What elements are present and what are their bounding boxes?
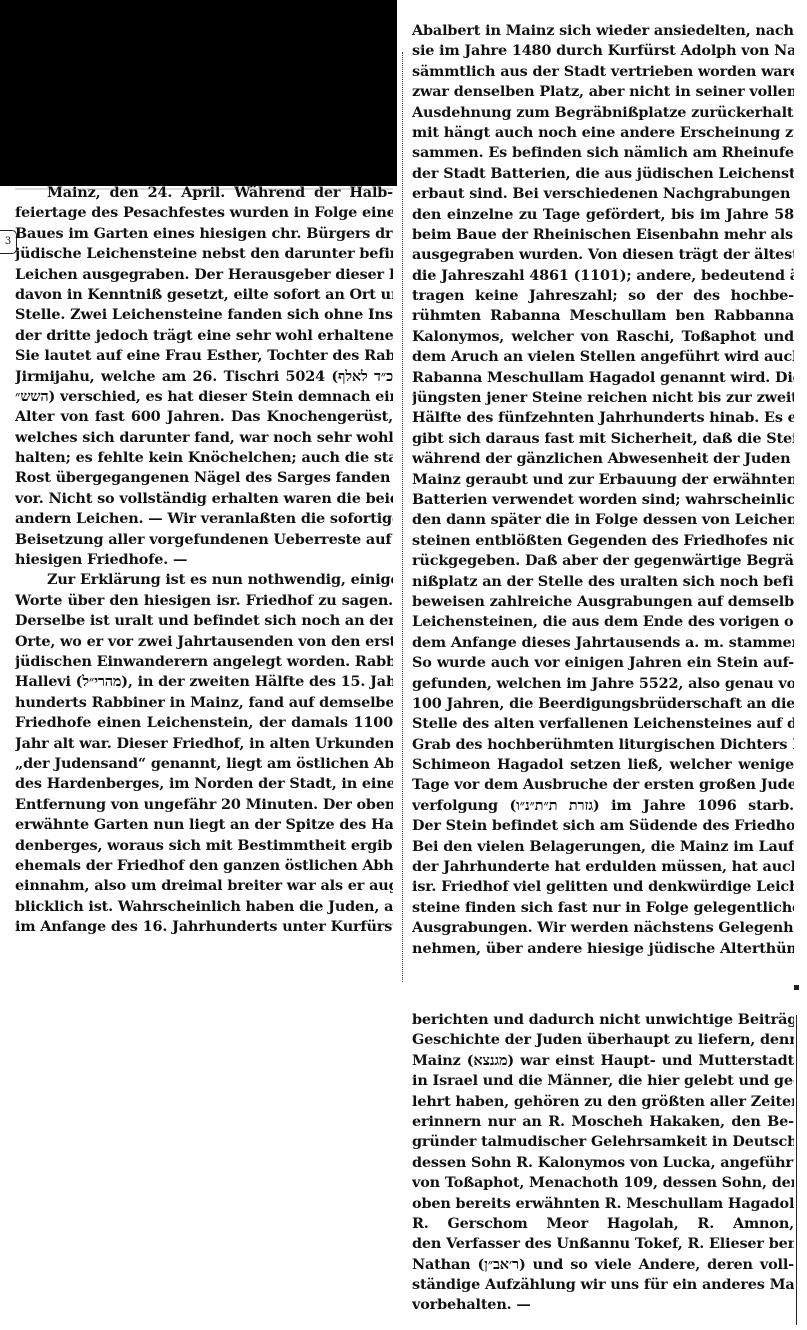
text-line: davon in Kenntniß gesetzt, eilte sofort … <box>15 285 393 305</box>
text-line: Jirmijahu, welche am 26. Tischri 5024 (כ… <box>15 367 393 387</box>
page-speck <box>794 985 799 990</box>
text-line: oben bereits erwähnten R. Meschullam Hag… <box>412 1194 794 1214</box>
text-line: hiesigen Friedhofe. — <box>15 550 393 570</box>
article-left-column: Mainz, den 24. April. Während der Halb-f… <box>15 183 393 937</box>
text-line: blicklich ist. Wahrscheinlich haben die … <box>15 897 393 917</box>
text-line: Orte, wo er vor zwei Jahrtausenden von d… <box>15 632 393 652</box>
text-line: Mainz, den 24. April. Während der Halb- <box>15 183 393 203</box>
text-line: Jahr alt war. Dieser Friedhof, in alten … <box>15 734 393 754</box>
text-line: nißplatz an der Stelle des uralten sich … <box>412 572 794 592</box>
text-line: einnahm, also um dreimal breiter war als… <box>15 876 393 896</box>
text-line: R. Gerschom Meor Hagolah, R. Amnon, <box>412 1214 794 1234</box>
text-line: Stelle des alten verfallenen Leichenstei… <box>412 714 794 734</box>
text-line: gibt sich daraus fast mit Sicherheit, da… <box>412 429 794 449</box>
text-line: Zur Erklärung ist es nun nothwendig, ein… <box>15 570 393 590</box>
redacted-block <box>0 0 397 186</box>
column-rule-right <box>796 1015 797 1325</box>
text-line: Mainz (מגנצא) war einst Haupt- und Mutte… <box>412 1051 794 1071</box>
text-line: der dritte jedoch trägt eine sehr wohl e… <box>15 326 393 346</box>
text-line: nehmen, über andere hiesige jüdische Alt… <box>412 939 794 959</box>
text-line: denberges, woraus sich mit Bestimmtheit … <box>15 836 393 856</box>
text-line: während der gänzlichen Abwesenheit der J… <box>412 449 794 469</box>
text-line: Beisetzung aller vorgefundenen Ueberrest… <box>15 530 393 550</box>
text-line: Schimeon Hagadol setzen ließ, welcher we… <box>412 755 794 775</box>
text-line: erwähnte Garten nun liegt an der Spitze … <box>15 815 393 835</box>
text-line: ausgegraben wurden. Von diesen trägt der… <box>412 245 794 265</box>
text-line: tragen keine Jahreszahl; so der des hoch… <box>412 286 794 306</box>
text-line: im Anfange des 16. Jahrhunderts unter Ku… <box>15 917 393 937</box>
text-line: beim Baue der Rheinischen Eisenbahn mehr… <box>412 225 794 245</box>
text-line: Tage vor dem Ausbruche der ersten großen… <box>412 775 794 795</box>
column-divider <box>402 52 403 982</box>
text-line: sie im Jahre 1480 durch Kurfürst Adolph … <box>412 41 794 61</box>
text-line: Abalbert in Mainz sich wieder ansiedelte… <box>412 21 794 41</box>
text-line: zwar denselben Platz, aber nicht in sein… <box>412 82 794 102</box>
text-line: sämmtlich aus der Stadt vertrieben worde… <box>412 62 794 82</box>
text-line: Rost übergegangenen Nägel des Sarges fan… <box>15 468 393 488</box>
text-line: steinen entblößten Gegenden des Friedhof… <box>412 531 794 551</box>
text-line: halten; es fehlte kein Knöchelchen; auch… <box>15 448 393 468</box>
text-line: in Israel und die Männer, die hier geleb… <box>412 1071 794 1091</box>
text-line: vorbehalten. — <box>412 1295 794 1315</box>
text-line: Friedhofe einen Leichenstein, der damals… <box>15 713 393 733</box>
text-line: dessen Sohn R. Kalonymos von Lucka, ange… <box>412 1153 794 1173</box>
text-line: der Jahrhunderte hat erdulden müssen, ha… <box>412 857 794 877</box>
text-line: erinnern nur an R. Moscheh Hakaken, den … <box>412 1112 794 1132</box>
text-line: steine finden sich fast nur in Folge gel… <box>412 898 794 918</box>
text-line: rühmten Rabanna Meschullam ben Rabbanna <box>412 306 794 326</box>
text-line: Geschichte der Juden überhaupt zu liefer… <box>412 1030 794 1050</box>
text-line: Sie lautet auf eine Frau Esther, Tochter… <box>15 346 393 366</box>
text-line: lehrt haben, gehören zu den größten alle… <box>412 1092 794 1112</box>
text-line: die Jahreszahl 4861 (1101); andere, bede… <box>412 266 794 286</box>
text-line: Hallevi (מהרי״ל), in der zweiten Hälfte … <box>15 672 393 692</box>
text-line: gefunden, welchen im Jahre 5522, also ge… <box>412 674 794 694</box>
text-line: Stelle. Zwei Leichensteine fanden sich o… <box>15 305 393 325</box>
text-line: Leichensteinen, die aus dem Ende des vor… <box>412 612 794 632</box>
text-line: Mainz geraubt und zur Erbauung der erwäh… <box>412 470 794 490</box>
text-line: Kalonymos, welcher von Raschi, Toßaphot … <box>412 327 794 347</box>
text-line: hunderts Rabbiner in Mainz, fand auf dem… <box>15 693 393 713</box>
text-line: von Toßaphot, Menachoth 109, dessen Sohn… <box>412 1173 794 1193</box>
text-line: Derselbe ist uralt und befindet sich noc… <box>15 611 393 631</box>
text-line: Entfernung von ungefähr 20 Minuten. Der … <box>15 795 393 815</box>
text-line: rückgegeben. Daß aber der gegenwärtige B… <box>412 551 794 571</box>
text-line: feiertage des Pesachfestes wurden in Fol… <box>15 203 393 223</box>
text-line: gründer talmudischer Gelehrsamkeit in De… <box>412 1132 794 1152</box>
text-line: ständige Aufzählung wir uns für ein ande… <box>412 1275 794 1295</box>
text-line: den Verfasser des Unßannu Tokef, R. Elie… <box>412 1234 794 1254</box>
text-line: den einzelne zu Tage gefördert, bis im J… <box>412 205 794 225</box>
text-line: des Hardenberges, im Norden der Stadt, i… <box>15 774 393 794</box>
text-line: Leichen ausgegraben. Der Herausgeber die… <box>15 265 393 285</box>
text-line: Batterien verwendet worden sind; wahrsch… <box>412 490 794 510</box>
text-line: „der Judensand“ genannt, liegt am östlic… <box>15 754 393 774</box>
text-line: beweisen zahlreiche Ausgrabungen auf dem… <box>412 592 794 612</box>
text-line: Ausgrabungen. Wir werden nächstens Geleg… <box>412 918 794 938</box>
text-line: isr. Friedhof viel gelitten und denkwürd… <box>412 877 794 897</box>
text-line: vor. Nicht so vollständig erhalten waren… <box>15 489 393 509</box>
text-line: jüdische Leichensteine nebst den darunte… <box>15 244 393 264</box>
text-line: sammen. Es befinden sich nämlich am Rhei… <box>412 143 794 163</box>
text-line: der Stadt Batterien, die aus jüdischen L… <box>412 164 794 184</box>
text-line: Der Stein befindet sich am Südende des F… <box>412 816 794 836</box>
text-line: dem Anfange dieses Jahrtausends a. m. st… <box>412 633 794 653</box>
text-line: den dann später die in Folge dessen von … <box>412 510 794 530</box>
text-line: dem Aruch an vielen Stellen angeführt wi… <box>412 347 794 367</box>
text-line: jüdischen Einwanderern angelegt worden. … <box>15 652 393 672</box>
text-line: השש״) verschied, es hat dieser Stein dem… <box>15 387 393 407</box>
text-line: erbaut sind. Bei verschiedenen Nachgrabu… <box>412 184 794 204</box>
text-line: berichten und dadurch nicht unwichtige B… <box>412 1010 794 1030</box>
text-line: ehemals der Friedhof den ganzen östliche… <box>15 856 393 876</box>
text-line: welches sich darunter fand, war noch seh… <box>15 428 393 448</box>
text-line: Ausdehnung zum Begräbnißplatze zurückerh… <box>412 103 794 123</box>
text-line: Alter von fast 600 Jahren. Das Knochenge… <box>15 407 393 427</box>
text-line: Bei den vielen Belagerungen, die Mainz i… <box>412 837 794 857</box>
text-line: Hälfte des fünfzehnten Jahrhunderts hina… <box>412 408 794 428</box>
text-line: 100 Jahren, die Beerdigungsbrüderschaft … <box>412 694 794 714</box>
text-line: andern Leichen. — Wir veranlaßten die so… <box>15 509 393 529</box>
text-line: Rabanna Meschullam Hagadol genannt wird.… <box>412 368 794 388</box>
text-line: jüngsten jener Steine reichen nicht bis … <box>412 388 794 408</box>
text-line: Grab des hochberühmten liturgischen Dich… <box>412 735 794 755</box>
text-line: Nathan (ר׳אב״ן) und so viele Andere, der… <box>412 1255 794 1275</box>
text-line: So wurde auch vor einigen Jahren ein Ste… <box>412 653 794 673</box>
article-continuation-column: berichten und dadurch nicht unwichtige B… <box>412 1010 794 1316</box>
text-line: Baues im Garten eines hiesigen chr. Bürg… <box>15 224 393 244</box>
text-line: verfolgung (גזרת ת״ת״נ״ו) im Jahre 1096 … <box>412 796 794 816</box>
text-line: Worte über den hiesigen isr. Friedhof zu… <box>15 591 393 611</box>
article-right-column: Abalbert in Mainz sich wieder ansiedelte… <box>412 21 794 959</box>
text-line: mit hängt auch noch eine andere Erschein… <box>412 123 794 143</box>
